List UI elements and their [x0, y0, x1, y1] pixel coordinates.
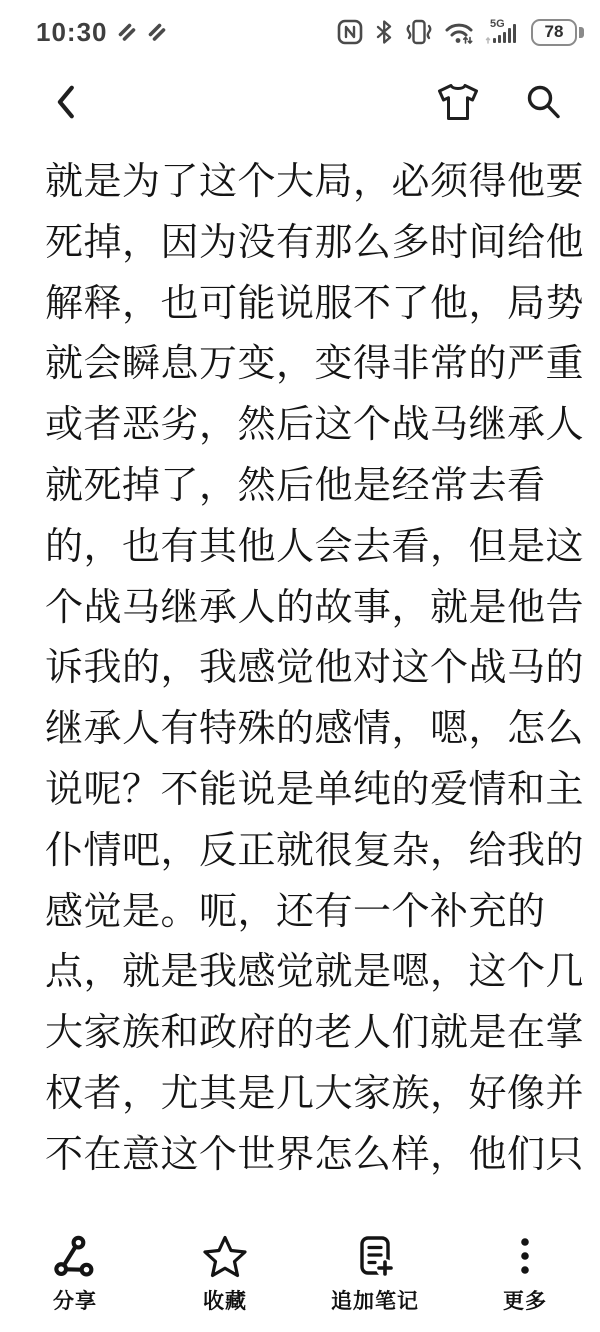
note-line: 死掉，因为没有那么多时间给他	[45, 213, 556, 274]
note-line: 仆情吧，反正就很复杂，给我的	[45, 821, 556, 882]
note-add-icon	[352, 1234, 398, 1280]
hd-voice-sim1-icon	[116, 21, 138, 43]
note-line: 感觉是。呃，还有一个补充的	[45, 882, 556, 943]
share-label: 分享	[53, 1285, 97, 1315]
more-label: 更多	[503, 1285, 547, 1315]
status-bar-right: 5G 78	[336, 17, 584, 47]
note-content: 就是为了这个大局，必须得他要 死掉，因为没有那么多时间给他 解释，也可能说服不了…	[0, 146, 600, 1186]
screen: 10:30	[0, 0, 600, 1332]
nfc-icon	[336, 18, 364, 46]
note-line: 权者，尤其是几大家族，好像并	[45, 1064, 556, 1125]
append-note-button[interactable]: 追加笔记	[300, 1234, 450, 1315]
bluetooth-icon	[373, 19, 395, 45]
back-button[interactable]	[48, 80, 86, 124]
note-line: 不在意这个世界怎么样，他们只	[45, 1125, 556, 1186]
note-line: 就死掉了，然后他是经常去看	[45, 456, 556, 517]
more-vertical-icon	[502, 1234, 548, 1280]
share-button[interactable]: 分享	[0, 1234, 150, 1315]
note-line: 个战马继承人的故事，就是他告	[45, 578, 556, 639]
note-line: 大家族和政府的老人们就是在掌	[45, 1003, 556, 1064]
wifi-icon	[443, 18, 475, 46]
note-line: 点，就是我感觉就是嗯，这个几	[45, 942, 556, 1003]
clock: 10:30	[36, 17, 108, 48]
status-bar-left: 10:30	[36, 17, 168, 48]
battery-nub	[579, 27, 584, 38]
favorite-label: 收藏	[203, 1285, 247, 1315]
note-line: 继承人有特殊的感情，嗯，怎么	[45, 699, 556, 760]
search-icon	[520, 79, 566, 125]
bottom-toolbar: 分享 收藏 追加笔记	[0, 1226, 600, 1332]
battery-indicator: 78	[531, 19, 584, 46]
chevron-left-icon	[48, 80, 86, 124]
vibrate-icon	[404, 18, 434, 46]
battery-percent: 78	[531, 19, 577, 46]
note-line: 或者恶劣，然后这个战马继承人	[45, 395, 556, 456]
note-line: 解释，也可能说服不了他，局势	[45, 274, 556, 335]
note-line: 就会瞬息万变，变得非常的严重	[45, 334, 556, 395]
favorite-button[interactable]: 收藏	[150, 1234, 300, 1315]
append-note-label: 追加笔记	[331, 1285, 419, 1315]
star-icon	[201, 1234, 249, 1280]
signal-bars-icon: 5G	[484, 17, 520, 47]
status-bar: 10:30	[0, 0, 600, 58]
note-line: 就是为了这个大局，必须得他要	[45, 152, 556, 213]
more-button[interactable]: 更多	[450, 1234, 600, 1315]
note-line: 的，也有其他人会去看，但是这	[45, 517, 556, 578]
note-line: 说呢？不能说是单纯的爱情和主	[45, 760, 556, 821]
note-line: 诉我的，我感觉他对这个战马的	[45, 638, 556, 699]
t-shirt-icon	[434, 79, 482, 125]
search-button[interactable]	[520, 79, 566, 125]
hd-voice-sim2-icon	[146, 21, 168, 43]
network-type-label: 5G	[490, 18, 505, 30]
share-icon	[52, 1234, 98, 1280]
nav-bar	[0, 58, 600, 146]
theme-skin-button[interactable]	[434, 79, 482, 125]
